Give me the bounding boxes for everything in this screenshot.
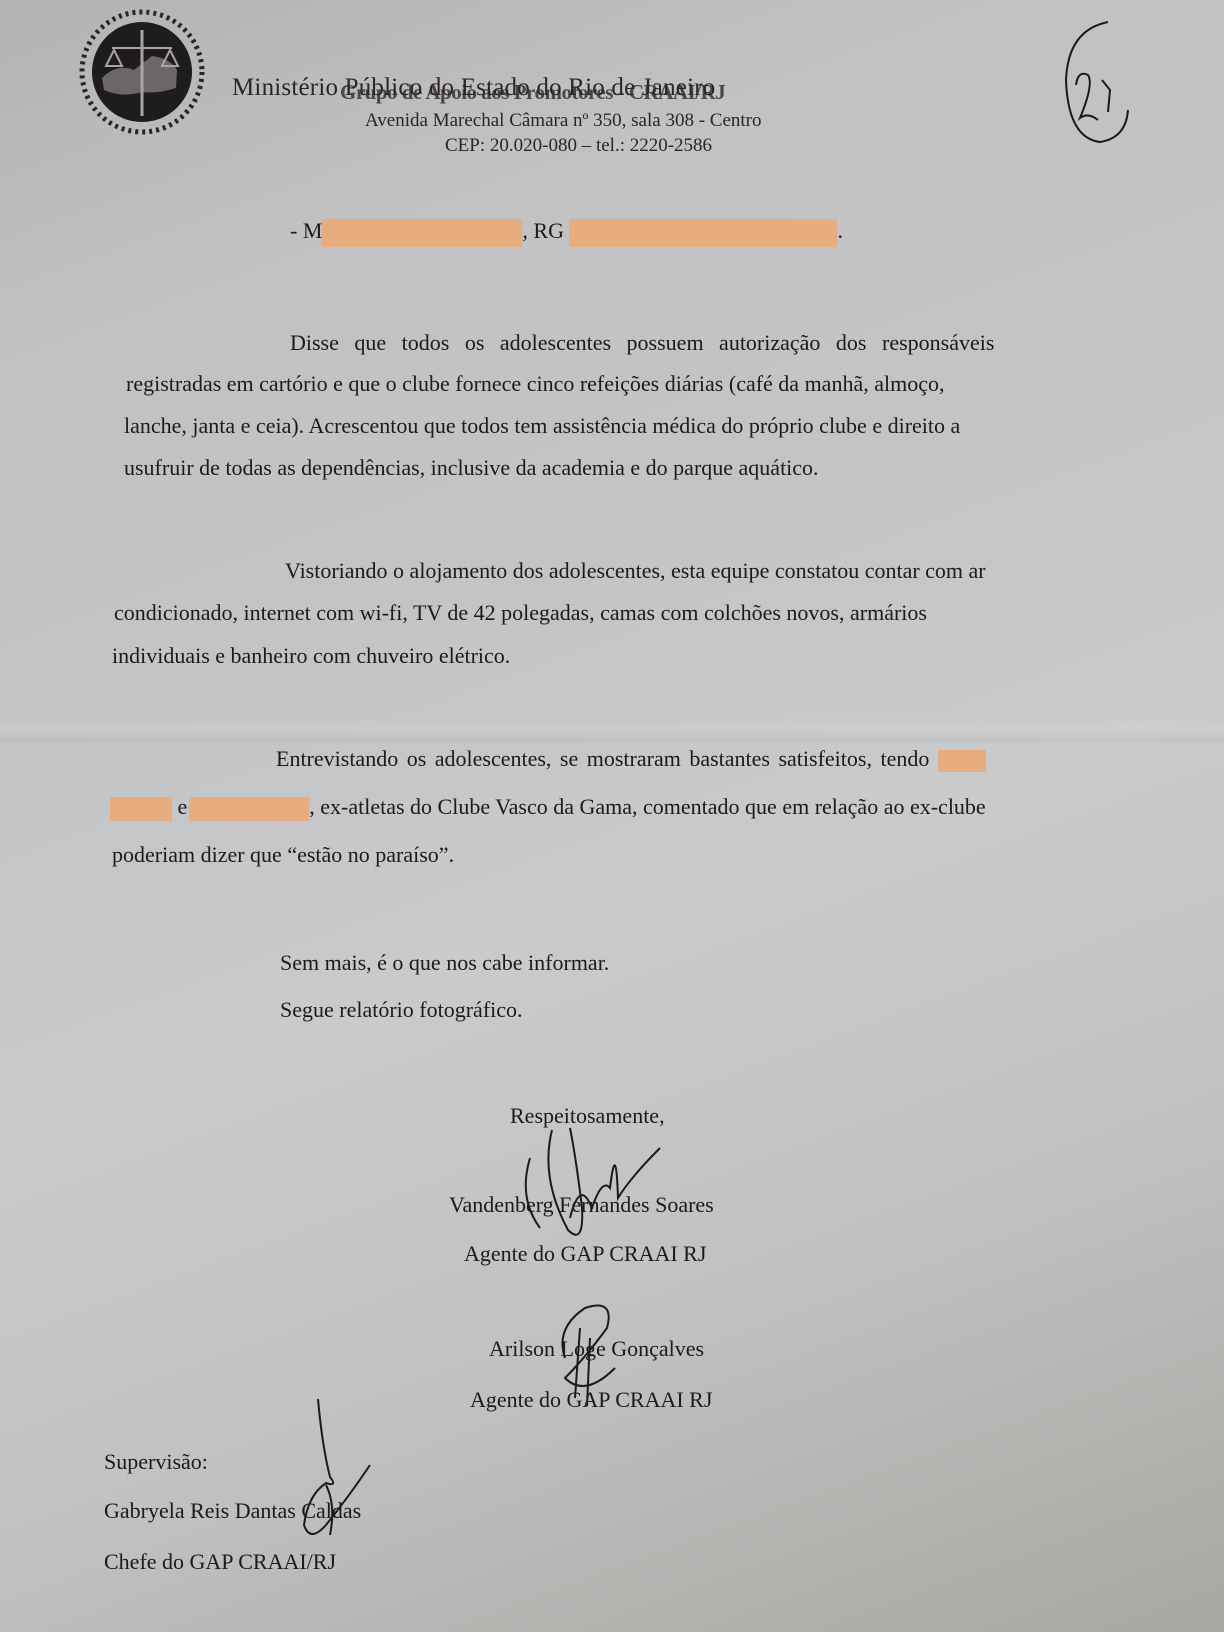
institution-address: Avenida Marechal Câmara nº 350, sala 308…	[365, 110, 762, 132]
paragraph-1-line-4: usufruir de todas as dependências, inclu…	[124, 455, 819, 481]
subject-suffix: .	[837, 218, 843, 243]
closing-greeting: Respeitosamente,	[510, 1103, 665, 1129]
redacted-athlete-1	[938, 750, 986, 772]
redacted-rg	[569, 219, 837, 247]
redacted-name	[322, 219, 522, 247]
paper-fold-line	[0, 716, 1224, 742]
paragraph-2-line-1: Vistoriando o alojamento dos adolescente…	[285, 558, 986, 584]
closing-line-2: Segue relatório fotográfico.	[280, 997, 523, 1023]
agent-1-role: Agente do GAP CRAAI RJ	[464, 1241, 706, 1267]
supervisor-role: Chefe do GAP CRAAI/RJ	[104, 1549, 336, 1575]
supervision-label: Supervisão:	[104, 1449, 208, 1475]
signature-agent-1-icon	[510, 1118, 670, 1248]
paragraph-3-text: Entrevistando os adolescentes, se mostra…	[276, 746, 929, 771]
paragraph-3-line-3: poderiam dizer que “estão no paraíso”.	[112, 842, 454, 868]
conjunction-e: e	[178, 794, 188, 819]
handwritten-page-number	[1060, 20, 1130, 145]
supervisor-name: Gabryela Reis Dantas Caldas	[104, 1498, 361, 1524]
subject-line: - M, RG .	[290, 218, 843, 247]
rg-label: , RG	[522, 218, 564, 243]
paragraph-2-line-2: condicionado, internet com wi-fi, TV de …	[114, 600, 927, 626]
paragraph-3-text-cont: , ex-atletas do Clube Vasco da Gama, com…	[309, 794, 985, 819]
redacted-athlete-2	[189, 797, 309, 821]
mprj-seal-icon	[72, 8, 212, 138]
paragraph-3-line-1: Entrevistando os adolescentes, se mostra…	[276, 746, 986, 772]
paragraph-3-line-2: e, ex-atletas do Clube Vasco da Gama, co…	[110, 794, 986, 821]
agent-2-name: Arilson Loge Gonçalves	[489, 1336, 704, 1362]
institution-contact: CEP: 20.020-080 – tel.: 2220-2586	[445, 135, 712, 157]
agent-2-role: Agente do GAP CRAAI RJ	[470, 1387, 712, 1413]
redacted-athlete-1-cont	[110, 797, 172, 821]
paragraph-1-line-3: lanche, janta e ceia). Acrescentou que t…	[124, 413, 960, 439]
paragraph-1-line-2: registradas em cartório e que o clube fo…	[126, 371, 944, 397]
overlapping-header-text: Grupo de Apoio aos Promotores - CRAAI/RJ	[340, 80, 725, 105]
subject-prefix: - M	[290, 218, 322, 243]
closing-line-1: Sem mais, é o que nos cabe informar.	[280, 950, 609, 976]
paragraph-1-line-1: Disse que todos os adolescentes possuem …	[290, 330, 994, 356]
agent-1-name: Vandenberg Fernandes Soares	[449, 1192, 714, 1218]
paragraph-2-line-3: individuais e banheiro com chuveiro elét…	[112, 643, 510, 669]
